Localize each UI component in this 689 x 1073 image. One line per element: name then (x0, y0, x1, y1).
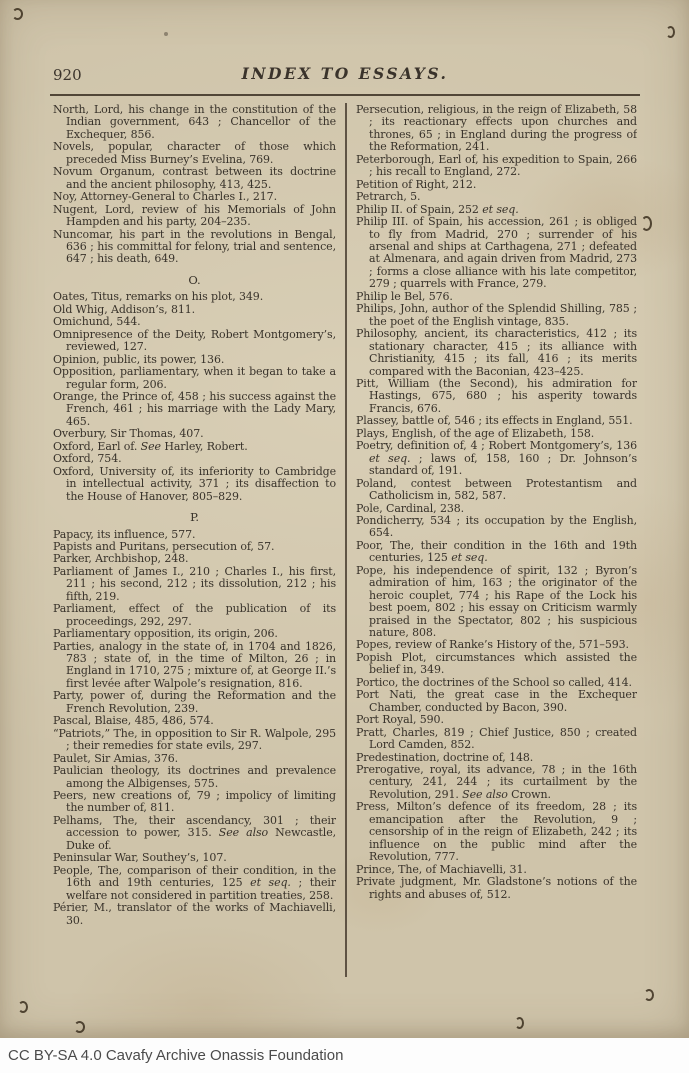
index-entry: People, The, comparison of their conditi… (53, 865, 336, 902)
license-text: CC BY-SA 4.0 Cavafy Archive Onassis Foun… (0, 1047, 343, 1064)
index-entry: Peterborough, Earl of, his expedition to… (356, 154, 637, 179)
ink-speck (164, 32, 168, 36)
index-entry: Nugent, Lord, review of his Memorials of… (53, 204, 336, 229)
ink-speck (515, 1017, 524, 1029)
ink-speck (12, 8, 23, 20)
index-entry: Pondicherry, 534 ; its occupation by the… (356, 515, 637, 540)
index-entry: Peninsular War, Southey’s, 107. (53, 852, 336, 864)
index-entry: Prerogative, royal, its advance, 78 ; in… (356, 764, 637, 801)
ink-speck (641, 216, 652, 231)
attribution-bar: CC BY-SA 4.0 Cavafy Archive Onassis Foun… (0, 1038, 689, 1073)
index-entry: Philip III. of Spain, his accession, 261… (356, 216, 637, 291)
index-entry: Philosophy, ancient, its characteristics… (356, 328, 637, 378)
index-entry: Parliamentary opposition, its origin, 20… (53, 628, 336, 640)
index-entry: Paulician theology, its doctrines and pr… (53, 765, 336, 790)
index-entry: Port Nati, the great case in the Exchequ… (356, 689, 637, 714)
index-entry: Pascal, Blaise, 485, 486, 574. (53, 715, 336, 727)
index-entry: Noy, Attorney-General to Charles I., 217… (53, 191, 336, 203)
index-entry: Persecution, religious, in the reign of … (356, 104, 637, 154)
index-entry: Nuncomar, his part in the revolutions in… (53, 229, 336, 266)
index-entry: Orange, the Prince of, 458 ; his success… (53, 391, 336, 428)
index-entry: Private judgment, Mr. Gladstone’s notion… (356, 876, 637, 901)
index-column-right: Persecution, religious, in the reign of … (356, 104, 637, 1032)
ink-speck (18, 1001, 28, 1013)
column-divider-rule (345, 103, 347, 977)
index-entry: Philips, John, author of the Splendid Sh… (356, 303, 637, 328)
index-entry: Pope, his independence of spirit, 132 ; … (356, 565, 637, 640)
index-entry: Novels, popular, character of those whic… (53, 141, 336, 166)
index-entry: Oxford, 754. (53, 453, 336, 465)
index-entry: Novum Organum, contrast between its doct… (53, 166, 336, 191)
book-page-scan: 920 INDEX TO ESSAYS. North, Lord, his ch… (0, 0, 689, 1038)
index-entry: Périer, M., translator of the works of M… (53, 902, 336, 927)
header-rule (50, 94, 640, 96)
index-entry: Pitt, William (the Second), his admirati… (356, 378, 637, 415)
page-title: INDEX TO ESSAYS. (50, 64, 640, 83)
index-entry: Parker, Archbishop, 248. (53, 553, 336, 565)
index-entry: Press, Milton’s defence of its freedom, … (356, 801, 637, 863)
index-entry: Poor, The, their condition in the 16th a… (356, 540, 637, 565)
index-entry: Peers, new creations of, 79 ; impolicy o… (53, 790, 336, 815)
index-entry: Popish Plot, circumstances which assiste… (356, 652, 637, 677)
index-entry: “Patriots,” The, in opposition to Sir R.… (53, 728, 336, 753)
section-heading: O. (53, 274, 336, 286)
index-entry: North, Lord, his change in the constitut… (53, 104, 336, 141)
index-entry: Pelhams, The, their ascendancy, 301 ; th… (53, 815, 336, 852)
index-entry: Oates, Titus, remarks on his plot, 349. (53, 291, 336, 303)
section-heading: P. (53, 511, 336, 523)
index-entry: Omnipresence of the Deity, Robert Montgo… (53, 329, 336, 354)
ink-speck (666, 26, 675, 38)
index-entry: Oxford, University of, its inferiority t… (53, 466, 336, 503)
index-entry: Opposition, parliamentary, when it began… (53, 366, 336, 391)
index-entry: Overbury, Sir Thomas, 407. (53, 428, 336, 440)
index-entry: Poetry, definition of, 4 ; Robert Montgo… (356, 440, 637, 477)
index-column-left: North, Lord, his change in the constitut… (53, 104, 336, 1032)
index-entry: Port Royal, 590. (356, 714, 637, 726)
index-entry: Parliament of James I., 210 ; Charles I.… (53, 566, 336, 603)
index-entry: Parliament, effect of the publication of… (53, 603, 336, 628)
index-entry: Plassey, battle of, 546 ; its effects in… (356, 415, 637, 427)
ink-speck (644, 989, 654, 1001)
index-entry: Party, power of, during the Reformation … (53, 690, 336, 715)
index-entry: Poland, contest between Protestantism an… (356, 478, 637, 503)
index-entry: Pratt, Charles, 819 ; Chief Justice, 850… (356, 727, 637, 752)
index-entry: Omichund, 544. (53, 316, 336, 328)
ink-speck (74, 1021, 85, 1033)
index-entry: Parties, analogy in the state of, in 170… (53, 641, 336, 691)
